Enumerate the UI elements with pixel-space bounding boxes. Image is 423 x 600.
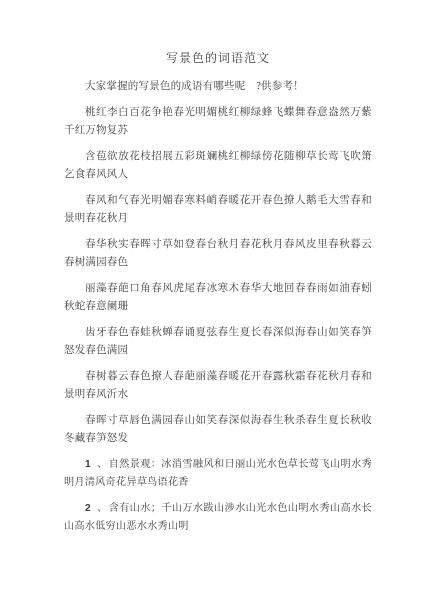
document-page: 写景色的词语范文 大家掌握的写景色的成语有哪些呢 ?供参考！ 桃红李白百花争艳春… <box>0 0 423 600</box>
item-marker: 、 <box>97 459 108 470</box>
paragraph: 春华秋实春晖寸草如登春台秋月春花秋月春风皮里春秋暮云春树满园春色 <box>64 236 372 271</box>
numbered-item: 2、含有山水；千山万水跋山涉水山光水色山明水秀山高水长山高水低穷山恶水水秀山明 <box>64 500 372 535</box>
paragraph: 丽藻春葩口角春风虎尾春冰寒木春华大地回春春雨如油春蚓秋蛇春意阑珊 <box>64 280 372 315</box>
item-marker: 、 <box>97 503 108 514</box>
item-number: 2 <box>85 503 91 514</box>
item-number: 1 <box>85 459 91 470</box>
intro-paragraph: 大家掌握的写景色的成语有哪些呢 ?供参考！ <box>64 78 372 96</box>
paragraph: 春风和气春光明媚春寒料峭春暖花开春色撩人鹅毛大雪春和景明春花秋月 <box>64 192 372 227</box>
document-content: 写景色的词语范文 大家掌握的写景色的成语有哪些呢 ?供参考！ 桃红李白百花争艳春… <box>64 50 372 535</box>
paragraph: 桃红李白百花争艳春光明媚桃红柳绿蜂飞蝶舞春意盎然万紫千红万物复苏 <box>64 104 372 139</box>
paragraph: 含苞欲放花枝招展五彩斑斓桃红柳绿傍花随柳草长莺飞吹箫乞食春风风人 <box>64 148 372 183</box>
paragraph: 春树暮云春色撩人春葩丽藻春暖花开春露秋霜春花秋月春和景明春风沂水 <box>64 368 372 403</box>
item-text: 含有山水；千山万水跋山涉水山光水色山明水秀山高水长山高水低穷山恶水水秀山明 <box>64 503 372 532</box>
numbered-item: 1、自然景观：冰消雪融风和日丽山光水色草长莺飞山明水秀明月清风奇花异草鸟语花香 <box>64 456 372 491</box>
paragraph: 齿牙春色春蛙秋蝉春诵夏弦春生夏长春深似海春山如笑春笋怒发春色满园 <box>64 324 372 359</box>
item-text: 自然景观：冰消雪融风和日丽山光水色草长莺飞山明水秀明月清风奇花异草鸟语花香 <box>64 459 372 488</box>
paragraph: 春晖寸草唇色满园春山如笑春深似海春生秋杀春生夏长秋收冬藏春笋怒发 <box>64 412 372 447</box>
page-title: 写景色的词语范文 <box>64 50 372 68</box>
